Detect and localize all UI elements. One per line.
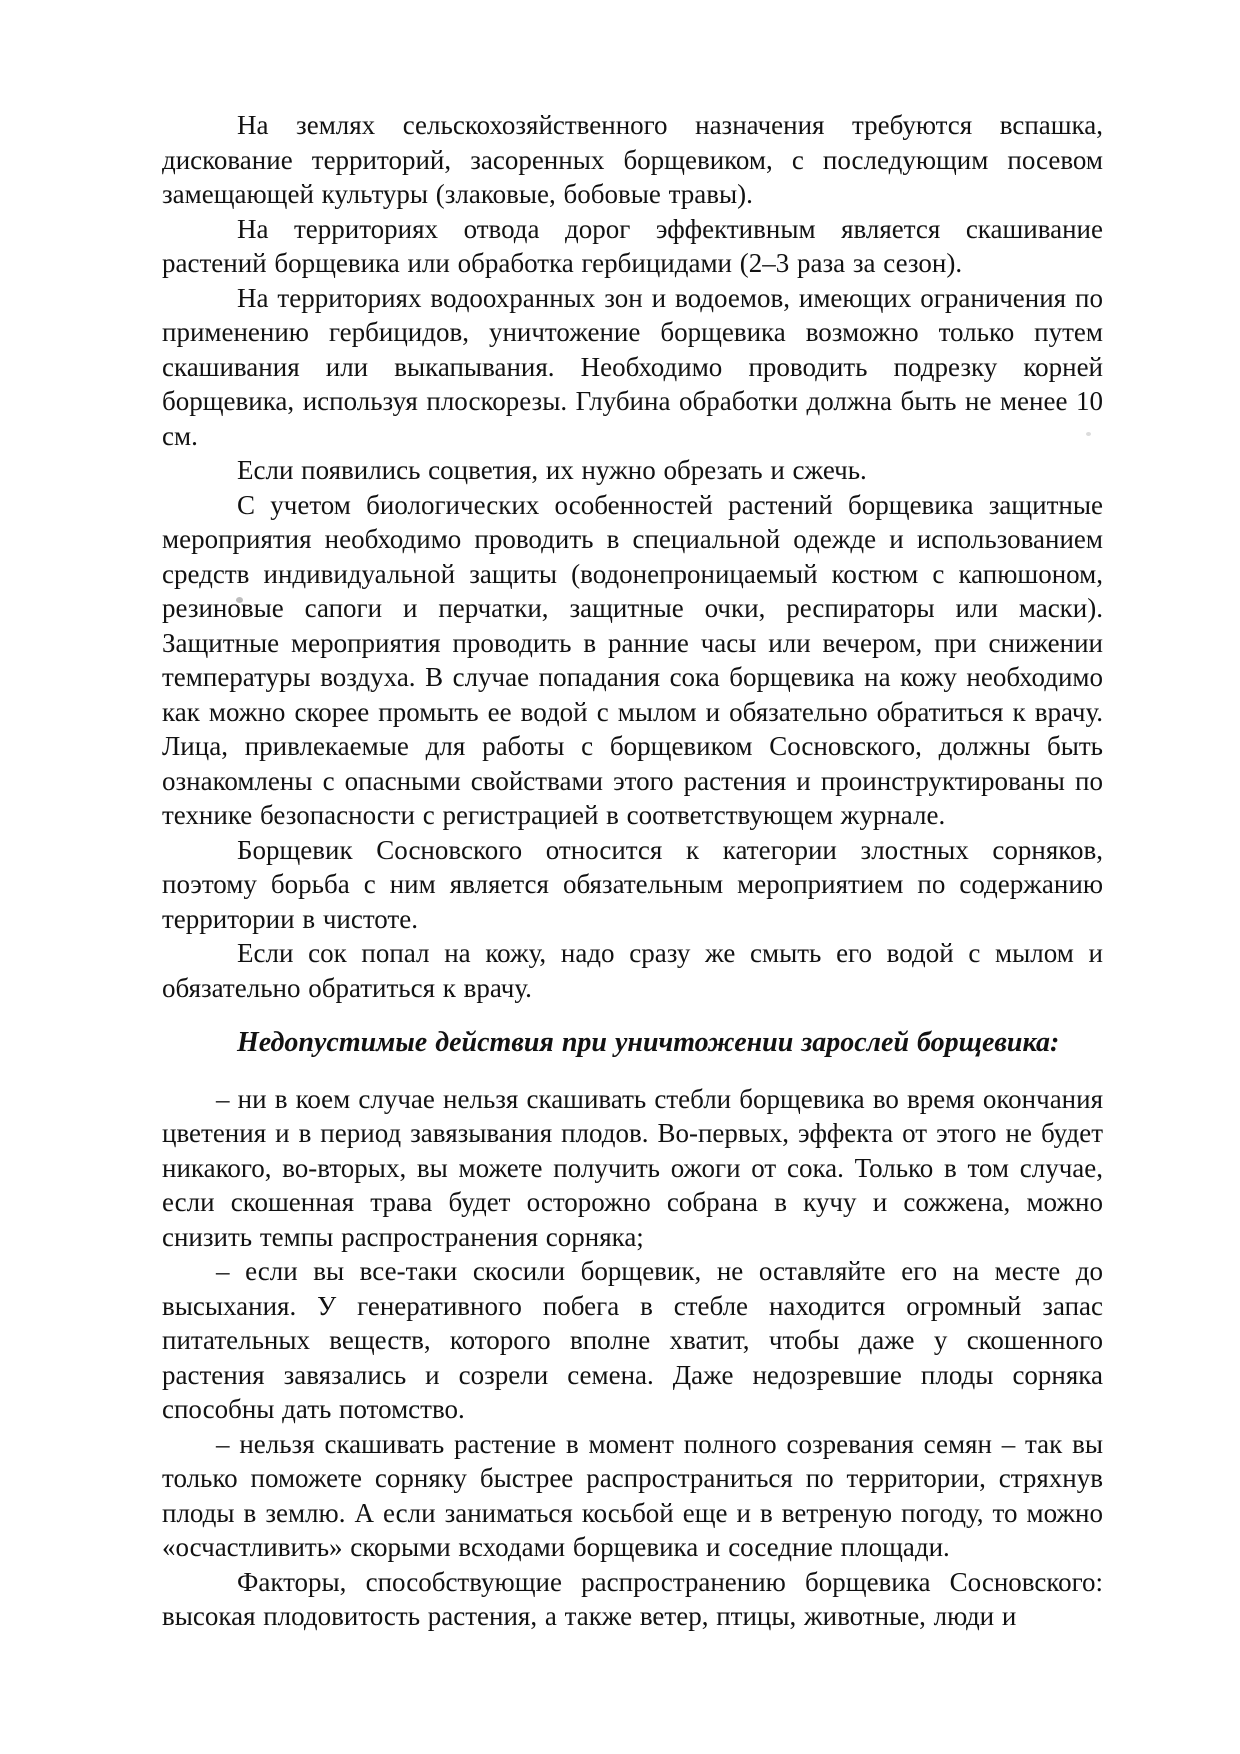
paragraph-farmland-plowing: На землях сельскохозяйственного назначен…: [162, 108, 1103, 212]
bullet-item-no-mowing-at-flowering: – ни в коем случае нельзя скашивать стеб…: [162, 1082, 1103, 1255]
bullet-item-no-mowing-at-seed-ripening: – нельзя скашивать растение в момент пол…: [162, 1427, 1103, 1565]
scan-speck: [1086, 432, 1091, 436]
bullet-item-do-not-leave-cut-plants: – если вы все-таки скосили борщевик, не …: [162, 1254, 1103, 1427]
paragraph-road-allotments: На территориях отвода дорог эффективным …: [162, 212, 1103, 281]
paragraph-spread-factors: Факторы, способствующие распространению …: [162, 1565, 1103, 1634]
document-text-block: На землях сельскохозяйственного назначен…: [162, 108, 1103, 1634]
paragraph-inflorescences: Если появились соцветия, их нужно обреза…: [162, 453, 1103, 488]
paragraph-protective-measures: С учетом биологических особенностей раст…: [162, 488, 1103, 833]
paragraph-water-protection-zones: На территориях водоохранных зон и водоем…: [162, 281, 1103, 454]
paragraph-sap-on-skin: Если сок попал на кожу, надо сразу же см…: [162, 936, 1103, 1005]
section-heading-prohibited-actions: Недопустимые действия при уничтожении за…: [162, 1026, 1103, 1061]
paragraph-malicious-weed: Борщевик Сосновского относится к категор…: [162, 833, 1103, 937]
scan-speck: [236, 597, 243, 603]
document-page: На землях сельскохозяйственного назначен…: [0, 0, 1240, 1754]
